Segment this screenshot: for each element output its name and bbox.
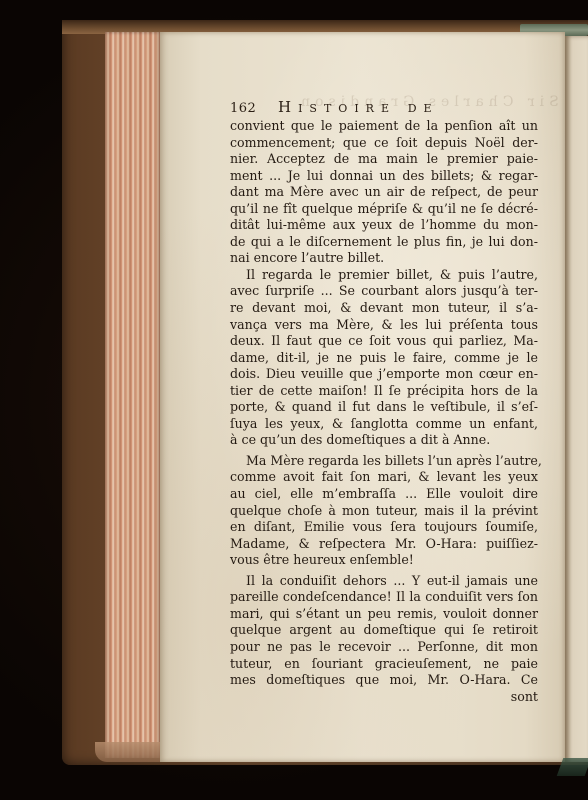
text-line: de qui a le diſcernement le plus fin, je…	[230, 234, 538, 251]
paragraph-3: Ma Mère regarda les billets l’un après l…	[230, 453, 538, 569]
text-line: à ce qu’un des domeſtiques a dit à Anne.	[230, 432, 538, 449]
text-line: tuteur, en ſouriant gracieuſement, ne pa…	[230, 656, 538, 673]
running-title: Histoire de	[278, 98, 439, 116]
text-line: quelque argent au domeſtique qui ſe reti…	[230, 622, 538, 639]
text-line: convient que le paiement de la penſion a…	[230, 118, 538, 135]
text-line: pour ne pas le recevoir ... Perſonne, di…	[230, 639, 538, 656]
text-line: pareille condeſcendance! Il la conduiſit…	[230, 589, 538, 606]
text-line: re devant moi, & devant mon tuteur, il s…	[230, 300, 538, 317]
next-page-sliver	[565, 36, 588, 762]
text-line: ment ... Je lui donnai un des billets; &…	[230, 168, 538, 185]
page-number: 162	[230, 101, 256, 116]
text-line: mes domeſtiques que moi, Mr. O-Hara. Ce	[230, 672, 538, 689]
running-head: 162 Histoire de	[230, 99, 540, 119]
text-line: en diſant, Emilie vous ſera toujours ſou…	[230, 519, 538, 536]
text-line: commencement; que ce ſoit depuis Noël de…	[230, 135, 538, 152]
text-line: ſuya les yeux, & ſanglotta comme un enfa…	[230, 416, 538, 433]
paragraph-2: Il regarda le premier billet, & puis l’a…	[230, 267, 538, 449]
text-line: qu’il ne fît quelque mépriſe & qu’il ne …	[230, 201, 538, 218]
text-line: mari, qui s’étant un peu remis, vouloit …	[230, 606, 538, 623]
text-line: dant ma Mère avec un air de reſpect, de …	[230, 184, 538, 201]
text-line: nai encore l’autre billet.	[230, 250, 538, 267]
text-line: comme avoit fait ſon mari, & levant les …	[230, 469, 538, 486]
text-line: Il regarda le premier billet, & puis l’a…	[230, 267, 538, 284]
text-line: Madame, & reſpectera Mr. O-Hara: puiſſie…	[230, 536, 538, 553]
text-line: deux. Il faut que ce ſoit vous qui parli…	[230, 333, 538, 350]
catchword: sont	[230, 689, 538, 706]
text-line: tier de cette maiſon! Il ſe précipita ho…	[230, 383, 538, 400]
body-text: convient que le paiement de la penſion a…	[230, 118, 538, 705]
text-line: dame, dit-il, je ne puis le faire, comme…	[230, 350, 538, 367]
text-line: Il la conduiſit dehors ... Y eut-il jama…	[230, 573, 538, 590]
text-line: quelque choſe à mon tuteur, mais il la p…	[230, 503, 538, 520]
text-line: ditât lui-même aux yeux de l’homme du mo…	[230, 217, 538, 234]
text-line: nier. Acceptez de ma main le premier pai…	[230, 151, 538, 168]
text-line: avec ſurpriſe ... Se courbant alors jusq…	[230, 283, 538, 300]
page-fore-edge	[105, 32, 160, 758]
paragraph-4: Il la conduiſit dehors ... Y eut-il jama…	[230, 573, 538, 689]
text-line: porte, & quand il fut dans le veſtibule,…	[230, 399, 538, 416]
paragraph-1: convient que le paiement de la penſion a…	[230, 118, 538, 267]
page-fore-edge-bottom	[95, 742, 165, 762]
text-line: dois. Dieu veuille que j’emporte mon cœu…	[230, 366, 538, 383]
text-line: vous être heureux enſemble!	[230, 552, 538, 569]
text-line: vança vers ma Mère, & les lui préſenta t…	[230, 317, 538, 334]
text-line: au ciel, elle m’embraſſa ... Elle vouloi…	[230, 486, 538, 503]
ribbon-marker	[557, 758, 588, 776]
text-line: Ma Mère regarda les billets l’un après l…	[230, 453, 538, 470]
